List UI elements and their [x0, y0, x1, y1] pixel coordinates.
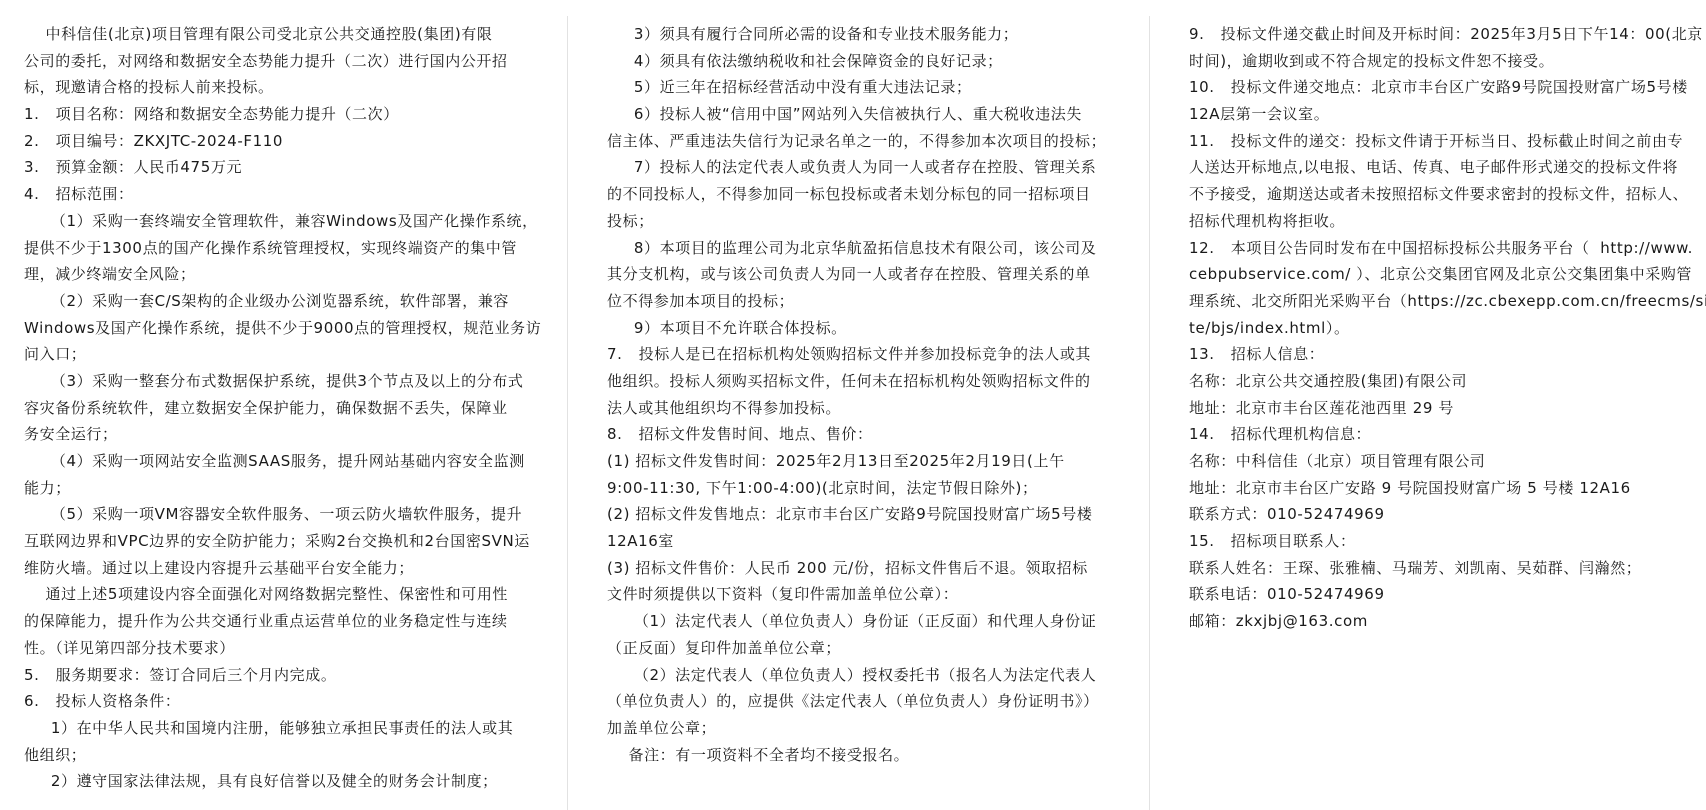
text-line: 互联网边界和VPC边界的安全防护能力；采购2台交换机和2台国密SVN运 [24, 528, 524, 555]
text-line: 地址：北京市丰台区莲花池西里 29 号 [1189, 395, 1704, 422]
text-line: 4. 招标范围： [24, 181, 524, 208]
text-line: 14. 招标代理机构信息： [1189, 421, 1704, 448]
text-line: 2）遵守国家法律法规，具有良好信誉以及健全的财务会计制度； [24, 768, 524, 795]
text-line: 15. 招标项目联系人： [1189, 528, 1704, 555]
text-line: 时间)，逾期收到或不符合规定的投标文件恕不接受。 [1189, 48, 1704, 75]
text-line: 的保障能力，提升作为公共交通行业重点运营单位的业务稳定性与连续 [24, 608, 524, 635]
text-line: 文件时须提供以下资料（复印件需加盖单位公章）： [607, 581, 1117, 608]
text-line: 3）须具有履行合同所必需的设备和专业技术服务能力； [607, 21, 1117, 48]
text-line: 问入口； [24, 341, 524, 368]
text-line: 12. 本项目公告同时发布在中国招标投标公共服务平台（ http://www. [1189, 235, 1704, 262]
text-line: te/bjs/index.html）。 [1189, 315, 1704, 342]
text-line: 投标； [607, 208, 1117, 235]
text-line: 法人或其他组织均不得参加投标。 [607, 395, 1117, 422]
text-line: 12A16室 [607, 528, 1117, 555]
text-line: 维防火墙。通过以上建设内容提升云基础平台安全能力； [24, 555, 524, 582]
text-line: 10. 投标文件递交地点：北京市丰台区广安路9号院国投财富广场5号楼 [1189, 74, 1704, 101]
text-line: （2）采购一套C/S架构的企业级办公浏览器系统，软件部署，兼容 [24, 288, 524, 315]
column-divider [567, 16, 568, 810]
text-line: 招标代理机构将拒收。 [1189, 208, 1704, 235]
text-line: 人送达开标地点,以电报、电话、传真、电子邮件形式递交的投标文件将 [1189, 154, 1704, 181]
text-line: 8）本项目的监理公司为北京华航盈拓信息技术有限公司，该公司及 [607, 235, 1117, 262]
text-line: cebpubservice.com/ ）、北京公交集团官网及北京公交集团集中采购… [1189, 261, 1704, 288]
text-line: 12A层第一会议室。 [1189, 101, 1704, 128]
text-line: 备注：有一项资料不全者均不接受报名。 [607, 742, 1117, 769]
column-1: 中科信佳(北京)项目管理有限公司受北京公共交通控股(集团)有限公司的委托，对网络… [24, 21, 524, 795]
text-line: 邮箱：zkxjbj@163.com [1189, 608, 1704, 635]
text-line: 联系电话：010-52474969 [1189, 581, 1704, 608]
text-line: (2) 招标文件发售地点：北京市丰台区广安路9号院国投财富广场5号楼 [607, 501, 1117, 528]
text-line: 标，现邀请合格的投标人前来投标。 [24, 74, 524, 101]
text-line: 1）在中华人民共和国境内注册，能够独立承担民事责任的法人或其 [24, 715, 524, 742]
text-line: （5）采购一项VM容器安全软件服务、一项云防火墙软件服务，提升 [24, 501, 524, 528]
text-line: 4）须具有依法缴纳税收和社会保障资金的良好记录； [607, 48, 1117, 75]
text-line: 不予接受，逾期送达或者未按照招标文件要求密封的投标文件，招标人、 [1189, 181, 1704, 208]
text-line: 地址：北京市丰台区广安路 9 号院国投财富广场 5 号楼 12A16 [1189, 475, 1704, 502]
text-line: 名称：中科信佳（北京）项目管理有限公司 [1189, 448, 1704, 475]
text-line: （3）采购一整套分布式数据保护系统，提供3个节点及以上的分布式 [24, 368, 524, 395]
text-line: Windows及国产化操作系统，提供不少于9000点的管理授权，规范业务访 [24, 315, 524, 342]
text-line: 5. 服务期要求：签订合同后三个月内完成。 [24, 662, 524, 689]
text-line: 1. 项目名称：网络和数据安全态势能力提升（二次） [24, 101, 524, 128]
text-line: 他组织。投标人须购买招标文件，任何未在招标机构处领购招标文件的 [607, 368, 1117, 395]
text-line: 9:00-11:30, 下午1:00-4:00)(北京时间，法定节假日除外)； [607, 475, 1117, 502]
text-line: 联系方式：010-52474969 [1189, 501, 1704, 528]
text-line: （2）法定代表人（单位负责人）授权委托书（报名人为法定代表人 [607, 662, 1117, 689]
text-line: 中科信佳(北京)项目管理有限公司受北京公共交通控股(集团)有限 [24, 21, 524, 48]
text-line: （4）采购一项网站安全监测SAAS服务，提升网站基础内容安全监测 [24, 448, 524, 475]
text-line: 联系人姓名：王琛、张雅楠、马瑞芳、刘凯南、吴茹群、闫瀚然； [1189, 555, 1704, 582]
text-line: 3. 预算金额：人民币475万元 [24, 154, 524, 181]
column-3: 9. 投标文件递交截止时间及开标时间：2025年3月5日下午14：00(北京时间… [1189, 21, 1704, 635]
text-line: 7）投标人的法定代表人或负责人为同一人或者存在控股、管理关系 [607, 154, 1117, 181]
text-line: 能力； [24, 475, 524, 502]
document-page: 中科信佳(北京)项目管理有限公司受北京公共交通控股(集团)有限公司的委托，对网络… [0, 0, 1706, 810]
text-line: 务安全运行； [24, 421, 524, 448]
text-line: 性。（详见第四部分技术要求） [24, 635, 524, 662]
text-line: （正反面）复印件加盖单位公章； [607, 635, 1117, 662]
text-line: 9. 投标文件递交截止时间及开标时间：2025年3月5日下午14：00(北京 [1189, 21, 1704, 48]
text-line: 8. 招标文件发售时间、地点、售价： [607, 421, 1117, 448]
text-line: （单位负责人）的，应提供《法定代表人（单位负责人）身份证明书》） [607, 688, 1117, 715]
text-line: 9）本项目不允许联合体投标。 [607, 315, 1117, 342]
text-line: 理系统、北交所阳光采购平台（https://zc.cbexepp.com.cn/… [1189, 288, 1704, 315]
text-line: 6）投标人被“信用中国”网站列入失信被执行人、重大税收违法失 [607, 101, 1117, 128]
text-line: 通过上述5项建设内容全面强化对网络数据完整性、保密性和可用性 [24, 581, 524, 608]
text-line: 其分支机构，或与该公司负责人为同一人或者存在控股、管理关系的单 [607, 261, 1117, 288]
text-line: 名称：北京公共交通控股(集团)有限公司 [1189, 368, 1704, 395]
text-line: 容灾备份系统软件，建立数据安全保护能力，确保数据不丢失，保障业 [24, 395, 524, 422]
text-line: （1）法定代表人（单位负责人）身份证（正反面）和代理人身份证 [607, 608, 1117, 635]
column-divider [1149, 16, 1150, 810]
text-line: (3) 招标文件售价：人民币 200 元/份，招标文件售后不退。领取招标 [607, 555, 1117, 582]
text-line: 信主体、严重违法失信行为记录名单之一的，不得参加本次项目的投标； [607, 128, 1117, 155]
text-line: (1) 招标文件发售时间：2025年2月13日至2025年2月19日(上午 [607, 448, 1117, 475]
text-line: 2. 项目编号：ZKXJTC-2024-F110 [24, 128, 524, 155]
text-line: 提供不少于1300点的国产化操作系统管理授权，实现终端资产的集中管 [24, 235, 524, 262]
column-2: 3）须具有履行合同所必需的设备和专业技术服务能力； 4）须具有依法缴纳税收和社会… [607, 21, 1117, 768]
text-line: 加盖单位公章； [607, 715, 1117, 742]
text-line: 7. 投标人是已在招标机构处领购招标文件并参加投标竞争的法人或其 [607, 341, 1117, 368]
text-line: 6. 投标人资格条件： [24, 688, 524, 715]
text-line: 13. 招标人信息： [1189, 341, 1704, 368]
text-line: 位不得参加本项目的投标； [607, 288, 1117, 315]
text-line: （1）采购一套终端安全管理软件，兼容Windows及国产化操作系统， [24, 208, 524, 235]
text-line: 公司的委托，对网络和数据安全态势能力提升（二次）进行国内公开招 [24, 48, 524, 75]
text-line: 5）近三年在招标经营活动中没有重大违法记录； [607, 74, 1117, 101]
text-line: 他组织； [24, 742, 524, 769]
text-line: 11. 投标文件的递交：投标文件请于开标当日、投标截止时间之前由专 [1189, 128, 1704, 155]
text-line: 理，减少终端安全风险； [24, 261, 524, 288]
text-line: 的不同投标人，不得参加同一标包投标或者未划分标包的同一招标项目 [607, 181, 1117, 208]
